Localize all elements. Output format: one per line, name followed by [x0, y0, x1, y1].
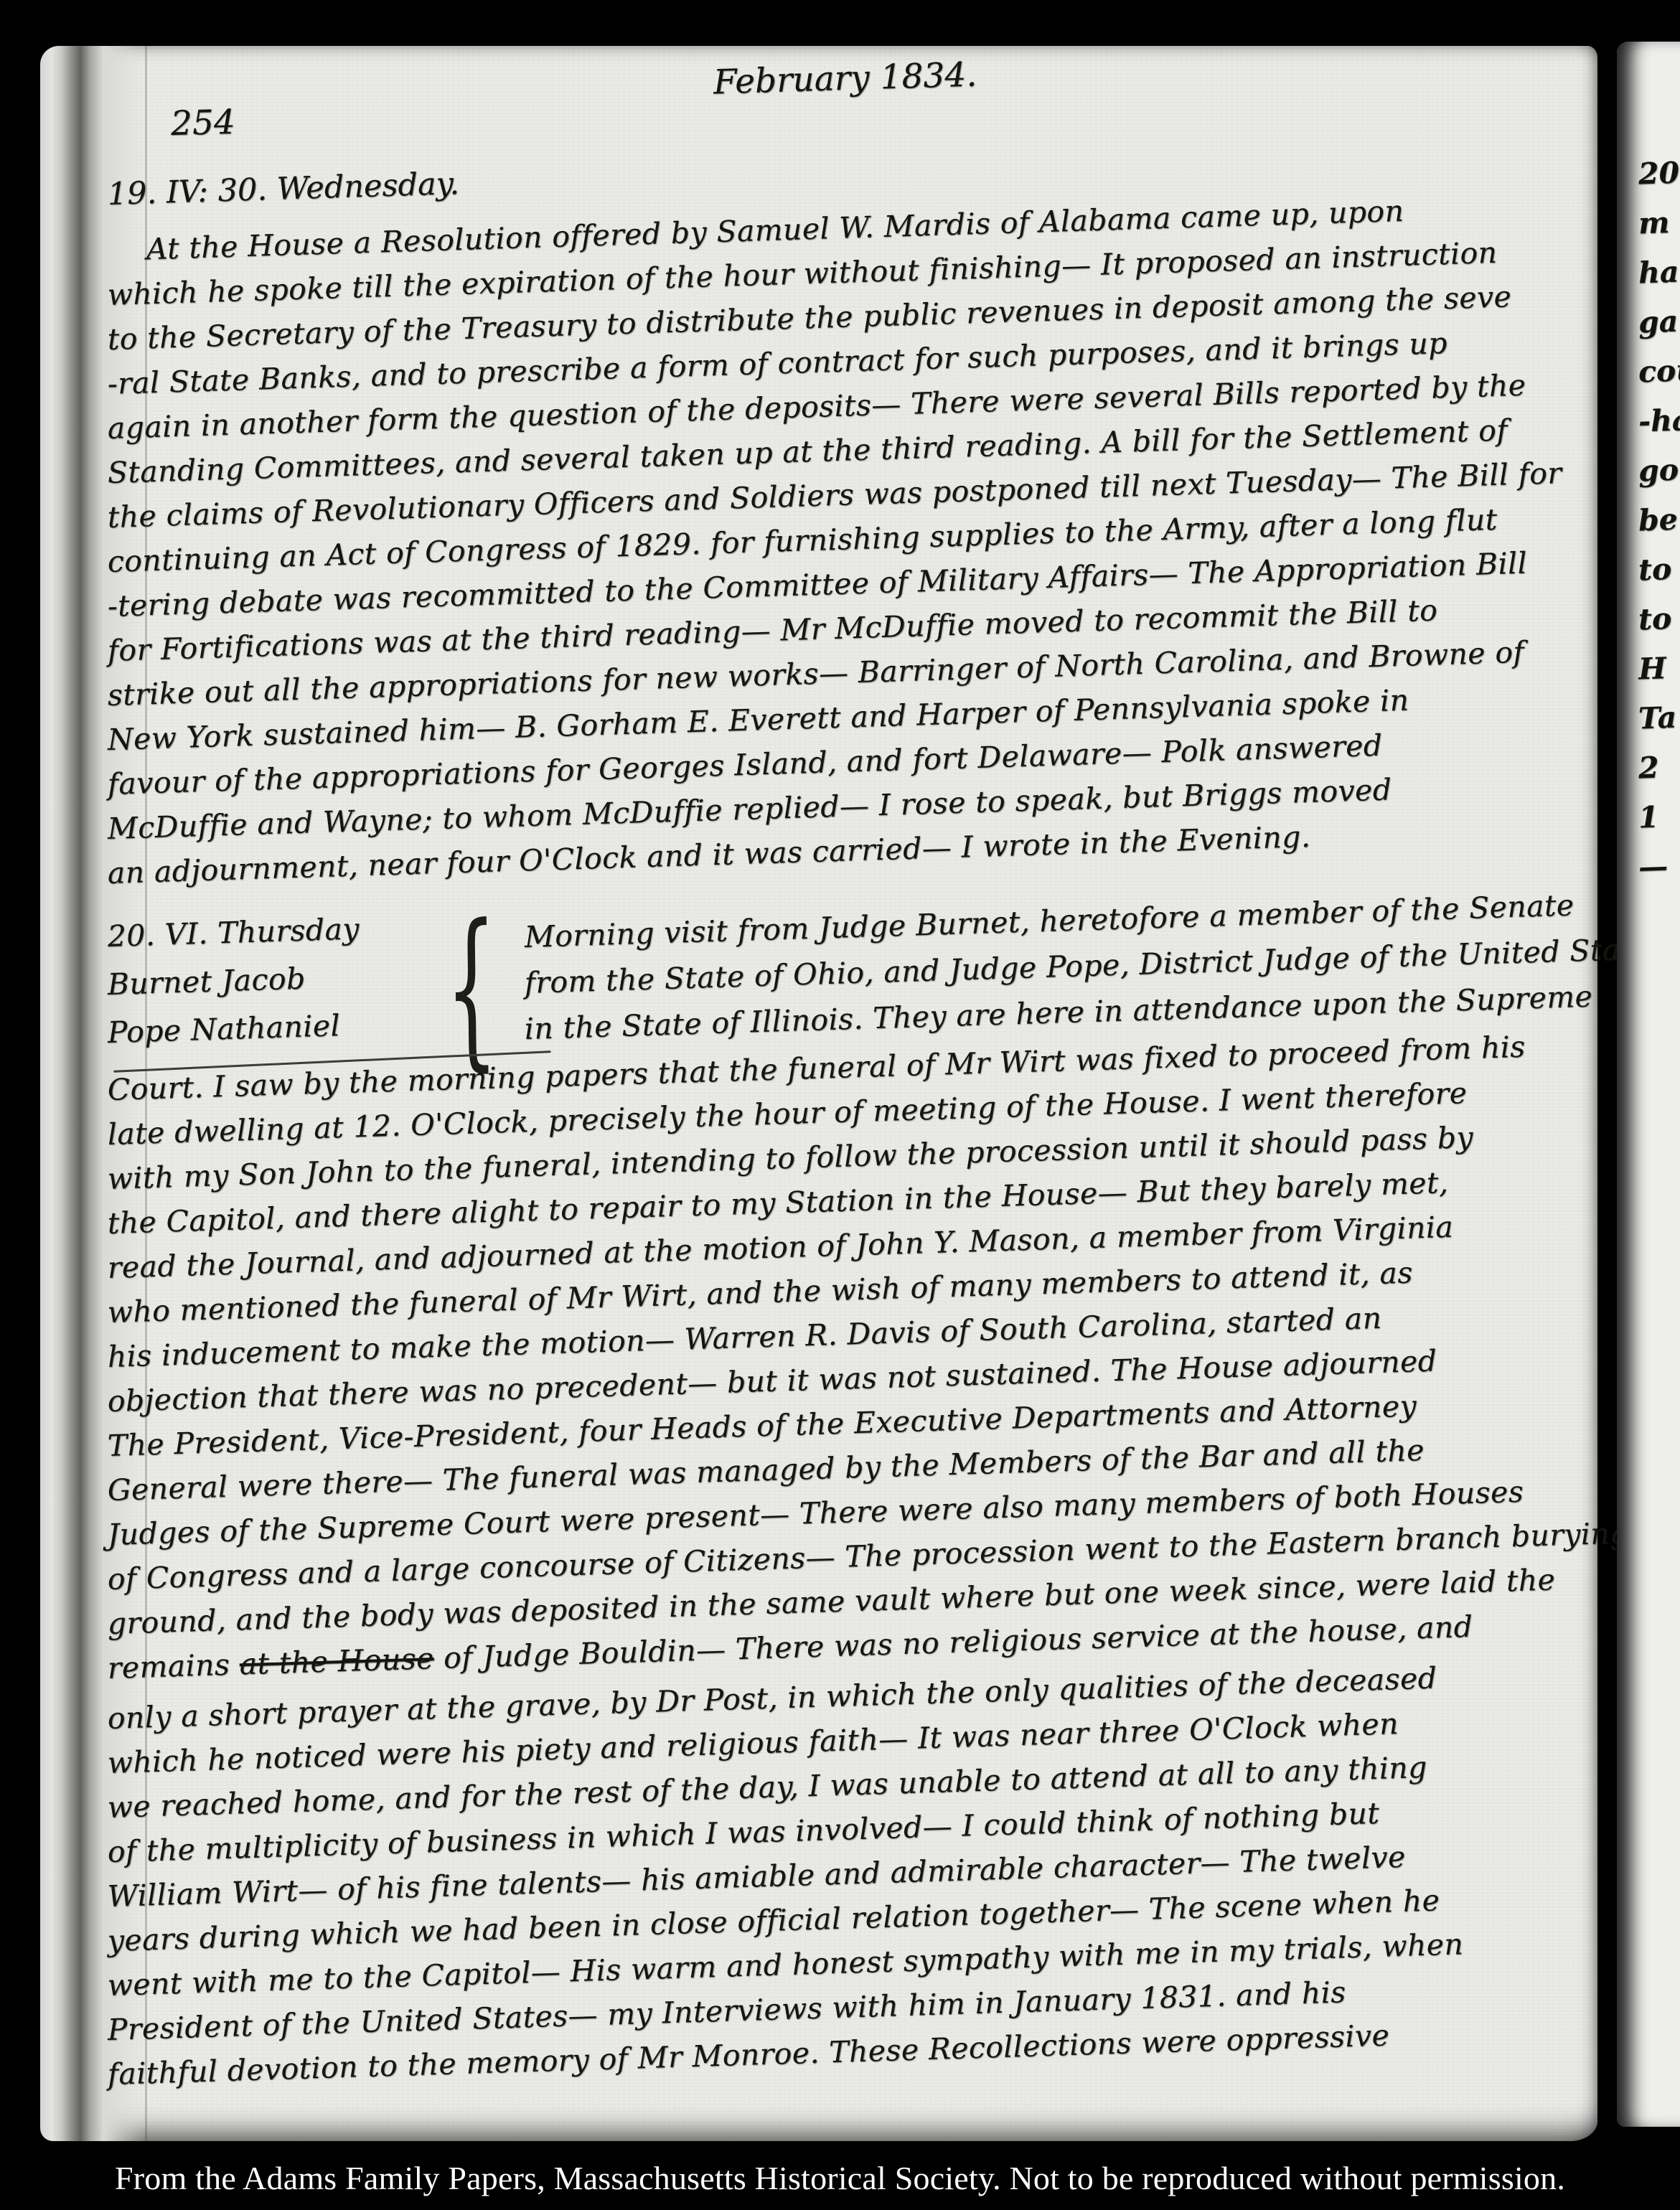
page-fragment: H — [1616, 643, 1680, 695]
entry-body: only a short prayer at the grave, by Dr … — [108, 1696, 1572, 2097]
page-fragment: m — [1616, 197, 1680, 249]
page-fragment: 2 — [1616, 742, 1680, 794]
next-page-edge: 20 —mhagacou-hagobetotoHTa21— — [1617, 42, 1680, 2127]
page-fragment: cou — [1616, 346, 1680, 398]
entry-body: Court. I saw by the morning papers that … — [108, 1068, 1572, 1646]
credit-footer: From the Adams Family Papers, Massachuse… — [0, 2151, 1680, 2206]
scan-background: 254 February 1834. 19. IV: 30. Wednesday… — [0, 0, 1680, 2210]
diary-page: 254 February 1834. 19. IV: 30. Wednesday… — [40, 46, 1597, 2141]
page-fragment: to — [1616, 544, 1680, 596]
page-fragment: be — [1616, 494, 1680, 546]
margin-names: Burnet JacobPope Nathaniel — [108, 961, 416, 1057]
diary-entry-feb-20: 20. VI. Thursday Burnet JacobPope Nathan… — [108, 913, 1572, 2097]
brace-glyph: { — [444, 914, 498, 1063]
page-fragment: go — [1616, 445, 1680, 497]
margin-annotation: 20. VI. Thursday Burnet JacobPope Nathan… — [108, 913, 416, 1057]
page-fragment: 20 — — [1616, 148, 1680, 199]
page-number: 254 — [170, 103, 235, 144]
page-fragment: 1 — [1616, 791, 1680, 843]
entry-body: At the House a Resolution offered by Sam… — [108, 228, 1572, 895]
month-year-header: February 1834. — [713, 55, 977, 103]
page-fragment: Ta — [1616, 692, 1680, 744]
margin-name: Pope Nathaniel — [107, 1000, 417, 1057]
page-fragment: to — [1616, 593, 1680, 645]
page-fragment: — — [1616, 841, 1680, 893]
strike-line-pre: remains — [107, 1647, 240, 1685]
page-fragment: -ha — [1616, 395, 1680, 447]
page-fragment: ha — [1616, 247, 1680, 298]
diary-entry-feb-19: 19. IV: 30. Wednesday. At the House a Re… — [108, 171, 1572, 895]
strikethrough-text: at the House — [239, 1641, 434, 1681]
page-fragment: ga — [1616, 296, 1680, 348]
